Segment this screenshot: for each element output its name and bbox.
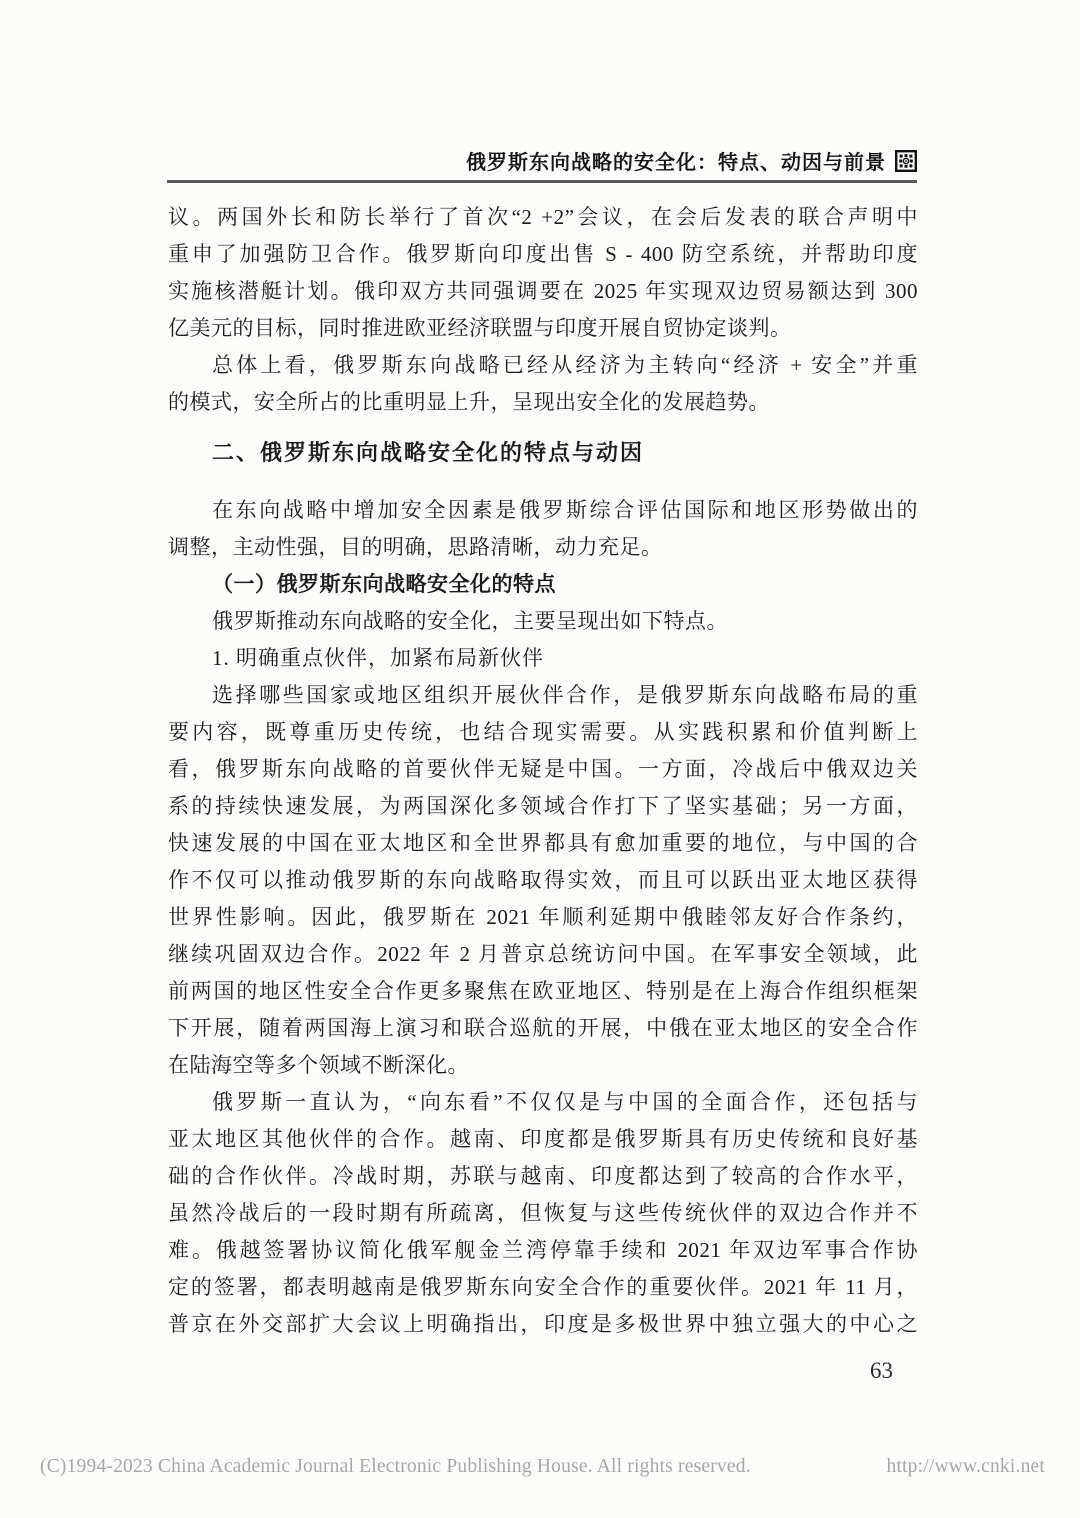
text-line: 的模式，安全所占的比重明显上升，呈现出安全化的发展趋势。 (168, 384, 918, 421)
article-body: 议。两国外长和防长举行了首次“2 +2”会议，在会后发表的联合声明中重申了加强防… (168, 199, 918, 1343)
paragraph: 俄罗斯一直认为，“向东看”不仅仅是与中国的全面合作，还包括与亚太地区其他伙伴的合… (168, 1084, 918, 1343)
footer: (C)1994-2023 China Academic Journal Elec… (40, 1456, 1045, 1478)
text-line: 1. 明确重点伙伴，加紧布局新伙伴 (168, 640, 918, 677)
text-line: 俄罗斯推动东向战略的安全化，主要呈现出如下特点。 (168, 603, 918, 640)
text-line: 重申了加强防卫合作。俄罗斯向印度出售 S - 400 防空系统，并帮助印度 (168, 236, 918, 273)
footer-url: http://www.cnki.net (886, 1456, 1045, 1478)
text-line: 虽然冷战后的一段时期有所疏离，但恢复与这些传统伙伴的双边合作并不 (168, 1195, 918, 1232)
paragraph: 选择哪些国家或地区组织开展伙伴合作，是俄罗斯东向战略布局的重要内容，既尊重历史传… (168, 677, 918, 1084)
paragraph: 总体上看，俄罗斯东向战略已经从经济为主转向“经济 + 安全”并重的模式，安全所占… (168, 347, 918, 421)
running-head-title: 俄罗斯东向战略的安全化：特点、动因与前景 (466, 146, 886, 175)
text-line: 议。两国外长和防长举行了首次“2 +2”会议，在会后发表的联合声明中 (168, 199, 918, 236)
text-line: 亿美元的目标，同时推进欧亚经济联盟与印度开展自贸协定谈判。 (168, 310, 918, 347)
text-line: 难。俄越签署协议简化俄军舰金兰湾停靠手续和 2021 年双边军事合作协 (168, 1232, 918, 1269)
text-line: 继续巩固双边合作。2022 年 2 月普京总统访问中国。在军事安全领域，此 (168, 936, 918, 973)
text-line: 亚太地区其他伙伴的合作。越南、印度都是俄罗斯具有历史传统和良好基 (168, 1121, 918, 1158)
text-line: 定的签署，都表明越南是俄罗斯东向安全合作的重要伙伴。2021 年 11 月， (168, 1269, 918, 1306)
text-line: 系的持续快速发展，为两国深化多领域合作打下了坚实基础；另一方面， (168, 788, 918, 825)
journal-seal-ornament-icon (895, 150, 917, 172)
text-line: 看，俄罗斯东向战略的首要伙伴无疑是中国。一方面，冷战后中俄双边关 (168, 751, 918, 788)
section-heading: 二、俄罗斯东向战略安全化的特点与动因 (168, 434, 918, 471)
text-line: 在东向战略中增加安全因素是俄罗斯综合评估国际和地区形势做出的 (168, 492, 918, 529)
text-line: 在陆海空等多个领域不断深化。 (168, 1047, 918, 1084)
text-line: 作不仅可以推动俄罗斯的东向战略取得实效，而且可以跃出亚太地区获得 (168, 862, 918, 899)
paragraph: 议。两国外长和防长举行了首次“2 +2”会议，在会后发表的联合声明中重申了加强防… (168, 199, 918, 347)
text-line: 选择哪些国家或地区组织开展伙伴合作，是俄罗斯东向战略布局的重 (168, 677, 918, 714)
text-line: 总体上看，俄罗斯东向战略已经从经济为主转向“经济 + 安全”并重 (168, 347, 918, 384)
footer-copyright: (C)1994-2023 China Academic Journal Elec… (40, 1456, 751, 1478)
text-line: 下开展，随着两国海上演习和联合巡航的开展，中俄在亚太地区的安全合作 (168, 1010, 918, 1047)
text-line: 实施核潜艇计划。俄印双方共同强调要在 2025 年实现双边贸易额达到 300 (168, 273, 918, 310)
text-line: 础的合作伙伴。冷战时期，苏联与越南、印度都达到了较高的合作水平， (168, 1158, 918, 1195)
text-line: 调整，主动性强，目的明确，思路清晰，动力充足。 (168, 529, 918, 566)
paragraph: 俄罗斯推动东向战略的安全化，主要呈现出如下特点。 (168, 603, 918, 640)
text-line: 二、俄罗斯东向战略安全化的特点与动因 (168, 434, 918, 471)
header-rule (167, 180, 917, 183)
text-line: 世界性影响。因此，俄罗斯在 2021 年顺利延期中俄睦邻友好合作条约， (168, 899, 918, 936)
running-head: 俄罗斯东向战略的安全化：特点、动因与前景 (167, 146, 917, 175)
text-line: 前两国的地区性安全合作更多聚焦在欧亚地区、特别是在上海合作组织框架 (168, 973, 918, 1010)
text-line: 俄罗斯一直认为，“向东看”不仅仅是与中国的全面合作，还包括与 (168, 1084, 918, 1121)
text-line: （一）俄罗斯东向战略安全化的特点 (168, 566, 918, 603)
numbered-heading: 1. 明确重点伙伴，加紧布局新伙伴 (168, 640, 918, 677)
page-number: 63 (168, 1358, 918, 1384)
text-line: 快速发展的中国在亚太地区和全世界都具有愈加重要的地位，与中国的合 (168, 825, 918, 862)
text-line: 要内容，既尊重历史传统，也结合现实需要。从实践积累和价值判断上 (168, 714, 918, 751)
paragraph: 在东向战略中增加安全因素是俄罗斯综合评估国际和地区形势做出的调整，主动性强，目的… (168, 492, 918, 566)
scanned-journal-page: 俄罗斯东向战略的安全化：特点、动因与前景 议。两国外长和防长举行了首次“2 +2… (0, 0, 1080, 1518)
sub-heading: （一）俄罗斯东向战略安全化的特点 (168, 566, 918, 603)
text-line: 普京在外交部扩大会议上明确指出，印度是多极世界中独立强大的中心之 (168, 1306, 918, 1343)
